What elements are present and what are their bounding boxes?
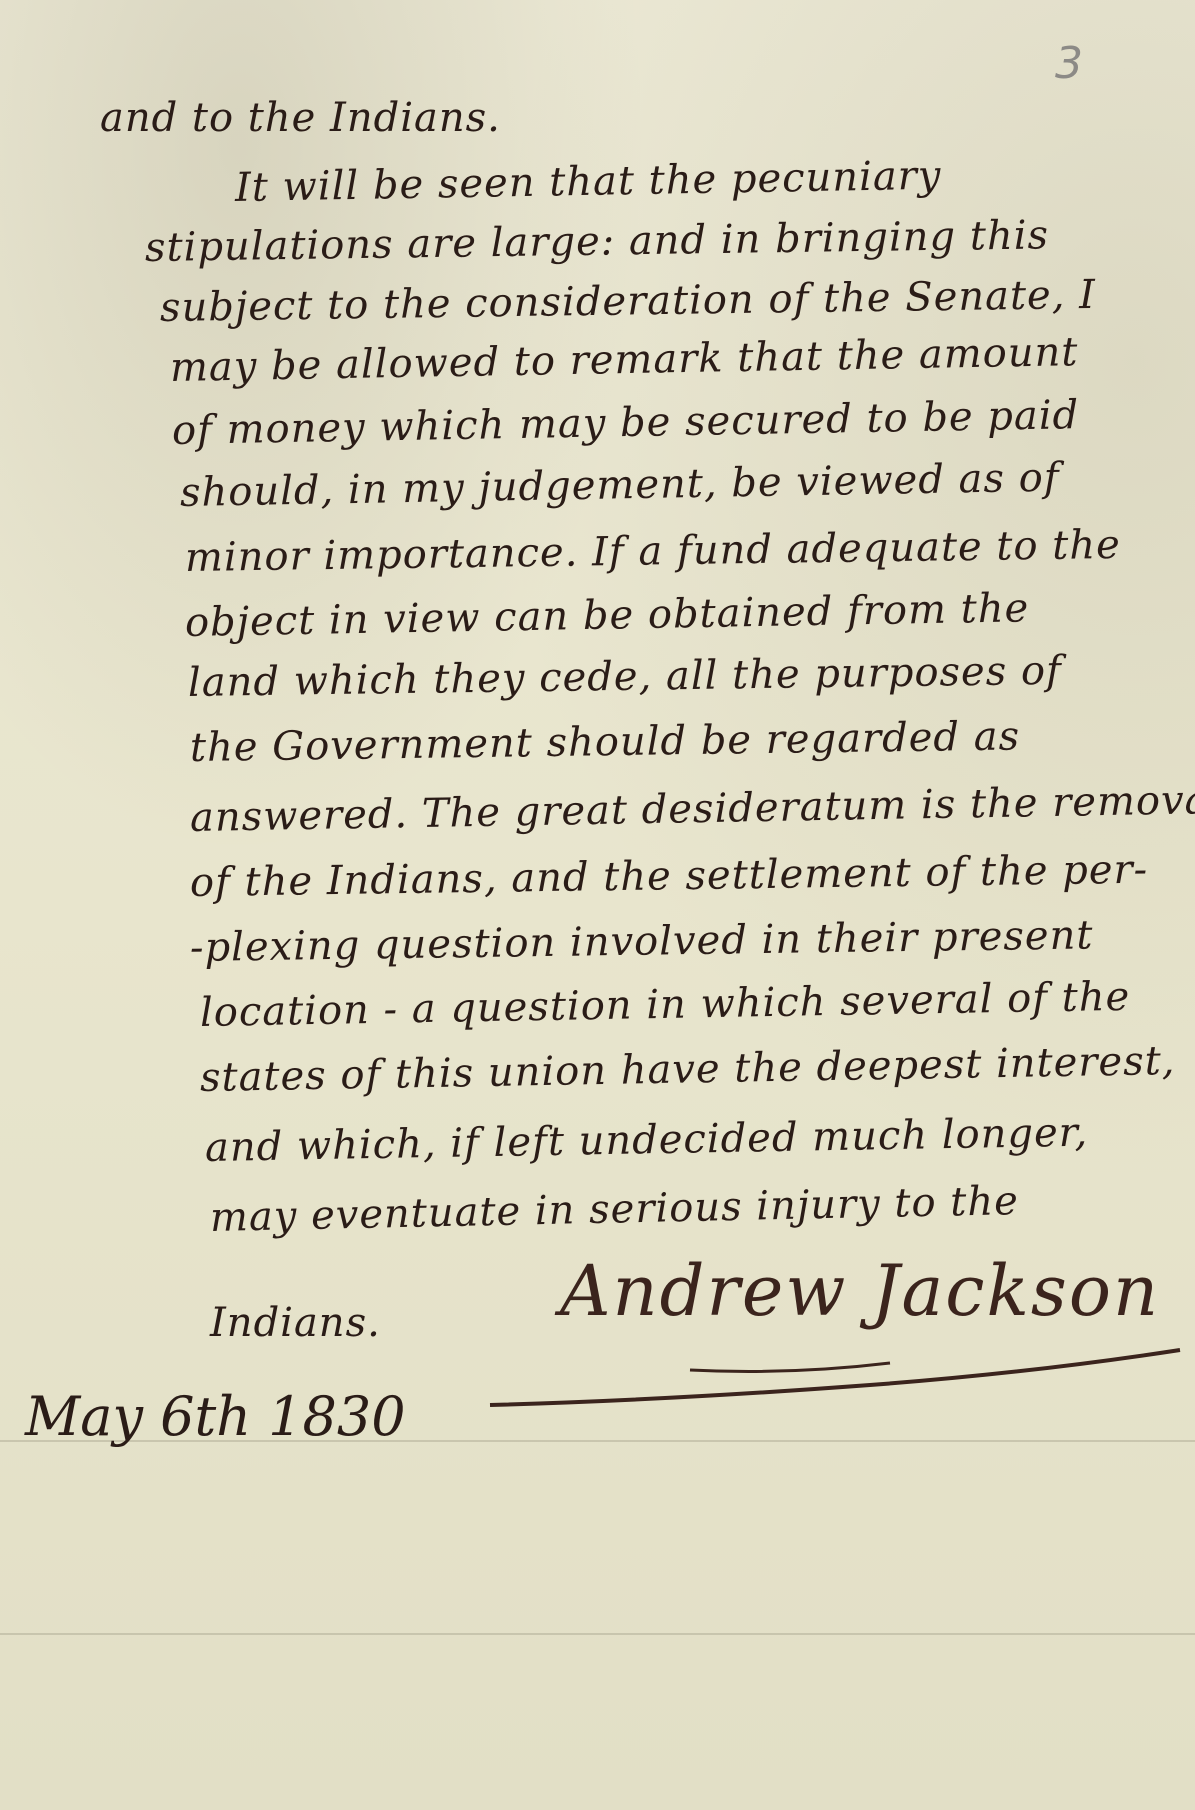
- text-line: minor importance. If a fund adequate to …: [185, 522, 1121, 581]
- paper-fold: [0, 1633, 1195, 1635]
- text-line: -plexing question involved in their pres…: [190, 912, 1094, 971]
- text-line: It will be seen that the pecuniary: [235, 153, 942, 211]
- text-line: stipulations are large: and in bringing …: [145, 212, 1050, 271]
- text-line: should, in my judgement, be viewed as of: [180, 455, 1060, 516]
- text-line: object in view can be obtained from the: [185, 585, 1030, 646]
- page-number: 3: [1055, 38, 1083, 89]
- text-line: may be allowed to remark that the amount: [170, 329, 1079, 391]
- text-line: and which, if left undecided much longer…: [205, 1110, 1089, 1171]
- text-line: states of this union have the deepest in…: [200, 1038, 1176, 1101]
- text-line: Indians.: [210, 1300, 381, 1346]
- text-line: land which they cede, all the purposes o…: [188, 648, 1062, 706]
- text-line: and to the Indians.: [100, 95, 501, 141]
- text-line: of the Indians, and the settlement of th…: [190, 847, 1149, 906]
- manuscript-page: 3 and to the Indians. It will be seen th…: [0, 0, 1195, 1810]
- letter-date: May 6th 1830: [25, 1385, 406, 1448]
- signature: Andrew Jackson: [560, 1250, 1160, 1332]
- text-line: of money which may be secured to be paid: [172, 392, 1080, 454]
- text-line: location - a question in which several o…: [200, 974, 1131, 1036]
- signature-flourish-icon: [470, 1345, 1190, 1425]
- text-line: subject to the consideration of the Sena…: [160, 272, 1097, 331]
- text-line: the Government should be regarded as: [190, 713, 1021, 771]
- text-line: answered. The great desideratum is the r…: [190, 777, 1195, 841]
- text-line: may eventuate in serious injury to the: [210, 1178, 1020, 1241]
